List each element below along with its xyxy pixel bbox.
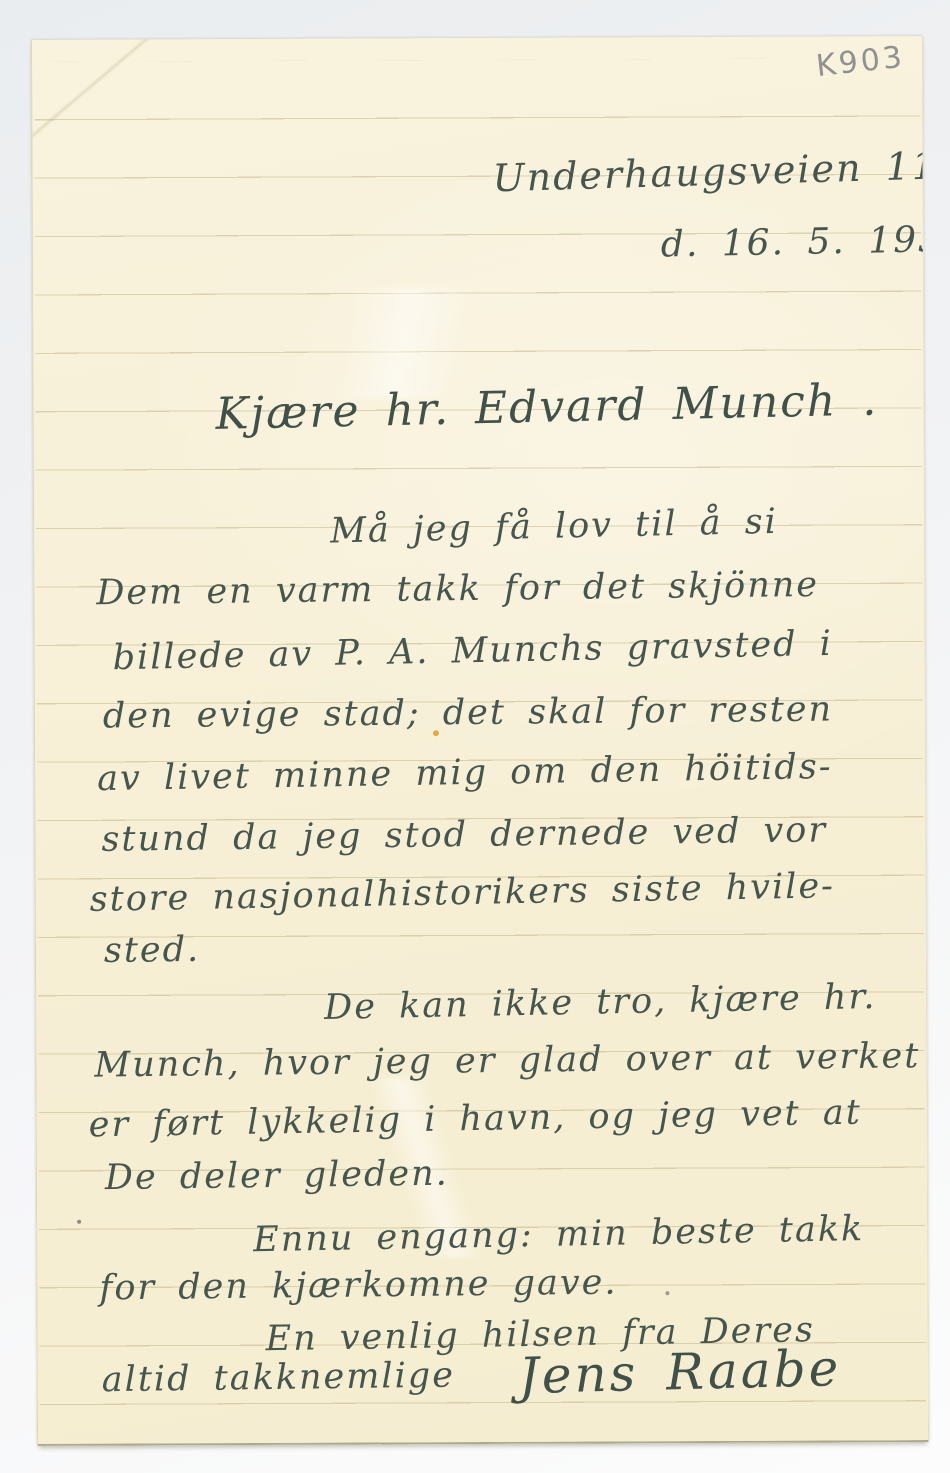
ink-speck: [77, 1220, 81, 1224]
scan-background: K903 Underhaugsveien 11b, d. 16. 5. 1933…: [0, 0, 950, 1473]
body-line: sted.: [104, 931, 201, 971]
body-line: den evige stad; det skal for resten: [103, 691, 834, 737]
body-line: Dem en varm takk for det skjönne: [96, 566, 819, 613]
closing-line: for den kjærkomne gave.: [99, 1264, 617, 1308]
body-line: De deler gleden.: [105, 1155, 449, 1198]
ink-speck: [665, 1291, 669, 1295]
letter-page: K903 Underhaugsveien 11b, d. 16. 5. 1933…: [31, 36, 929, 1446]
signature: Jens Raabe: [518, 1341, 842, 1404]
date-line: d. 16. 5. 1933.: [660, 220, 929, 265]
closing-line: altid takknemlige: [102, 1357, 456, 1400]
